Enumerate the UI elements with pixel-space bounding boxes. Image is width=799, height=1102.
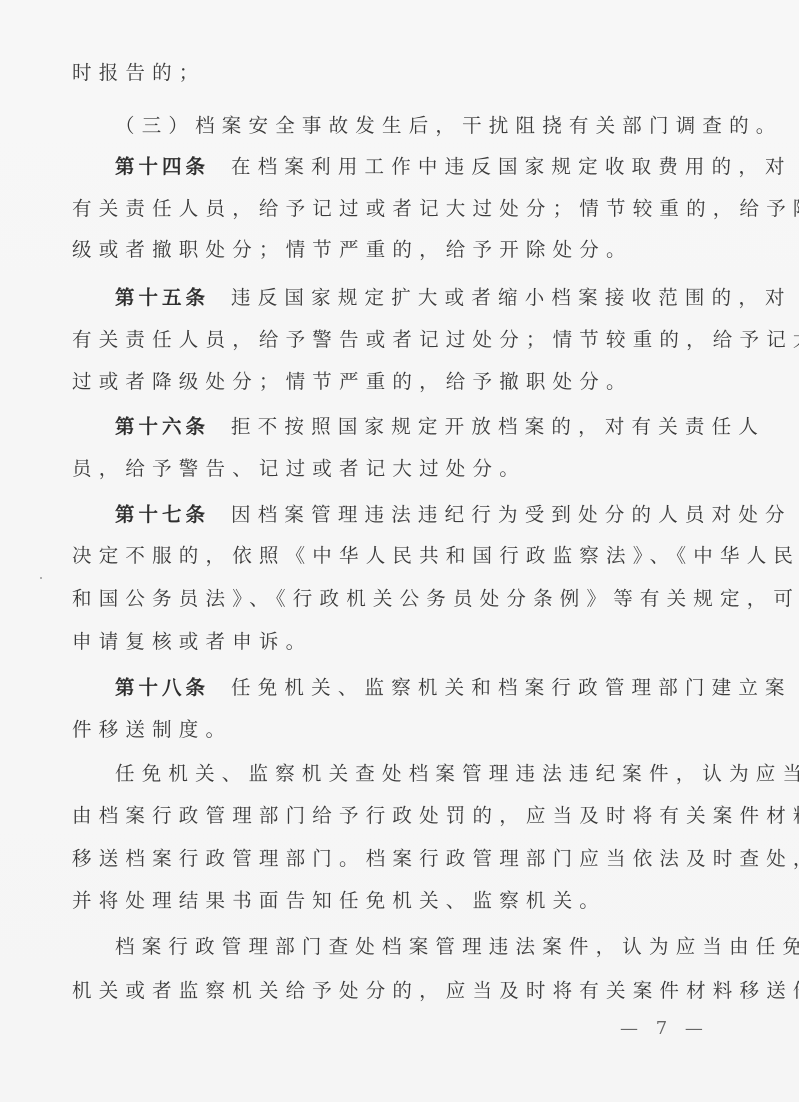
article-number: 第十四条 [115, 155, 209, 178]
text-line: 并将处理结果书面告知任免机关、监察机关。 [72, 886, 732, 916]
line-text: 件移送制度。 [72, 718, 232, 741]
line-text: 移送档案行政管理部门。档案行政管理部门应当依法及时查处， [72, 847, 799, 870]
text-line: 和国公务员法》、《行政机关公务员处分条例》等有关规定，可以 [72, 584, 732, 614]
line-text: 员，给予警告、记过或者记大过处分。 [72, 457, 526, 480]
text-line: （三）档案安全事故发生后，干扰阻挠有关部门调查的。 [115, 111, 732, 141]
text-line: 档案行政管理部门查处档案管理违法案件，认为应当由任免 [115, 932, 732, 962]
article-number: 第十八条 [115, 676, 209, 699]
line-text: 过或者降级处分；情节严重的，给予撤职处分。 [72, 370, 633, 393]
text-line: 员，给予警告、记过或者记大过处分。 [72, 454, 732, 484]
line-text: 时报告的； [72, 61, 206, 84]
text-line: 由档案行政管理部门给予行政处罚的，应当及时将有关案件材料 [72, 801, 732, 831]
text-line: 申请复核或者申诉。 [72, 627, 732, 657]
document-page: 时报告的； （三）档案安全事故发生后，干扰阻挠有关部门调查的。 第十四条在档案利… [0, 0, 799, 1102]
text-line: 任免机关、监察机关查处档案管理违法违纪案件，认为应当 [115, 759, 732, 789]
line-text: 和国公务员法》、《行政机关公务员处分条例》等有关规定，可以 [72, 587, 799, 610]
text-line: 移送档案行政管理部门。档案行政管理部门应当依法及时查处， [72, 844, 732, 874]
text-line: 件移送制度。 [72, 715, 732, 745]
article-17-heading-line: 第十七条因档案管理违法违纪行为受到处分的人员对处分 [115, 500, 732, 530]
line-text: 在档案利用工作中违反国家规定收取费用的，对 [231, 155, 792, 178]
line-text: 申请复核或者申诉。 [72, 630, 312, 653]
text-line: 机关或者监察机关给予处分的，应当及时将有关案件材料移送任 [72, 976, 732, 1006]
scan-speck [40, 577, 42, 579]
line-text: 违反国家规定扩大或者缩小档案接收范围的，对 [231, 286, 792, 309]
line-text: 因档案管理违法违纪行为受到处分的人员对处分 [231, 503, 792, 526]
line-text: 档案行政管理部门查处档案管理违法案件，认为应当由任免 [115, 935, 799, 958]
article-number: 第十七条 [115, 503, 209, 526]
line-text: （三）档案安全事故发生后，干扰阻挠有关部门调查的。 [115, 114, 783, 137]
article-18-heading-line: 第十八条任免机关、监察机关和档案行政管理部门建立案 [115, 673, 732, 703]
page-number: — 7 — [620, 1018, 709, 1039]
line-text: 并将处理结果书面告知任免机关、监察机关。 [72, 889, 606, 912]
text-line: 过或者降级处分；情节严重的，给予撤职处分。 [72, 367, 732, 397]
article-16-heading-line: 第十六条拒不按照国家规定开放档案的，对有关责任人 [115, 412, 732, 442]
article-15-heading-line: 第十五条违反国家规定扩大或者缩小档案接收范围的，对 [115, 283, 732, 313]
line-text: 机关或者监察机关给予处分的，应当及时将有关案件材料移送任 [72, 979, 799, 1002]
line-text: 拒不按照国家规定开放档案的，对有关责任人 [231, 415, 765, 438]
line-text: 任免机关、监察机关查处档案管理违法违纪案件，认为应当 [115, 762, 799, 785]
article-14-heading-line: 第十四条在档案利用工作中违反国家规定收取费用的，对 [115, 152, 732, 182]
line-text: 决定不服的，依照《中华人民共和国行政监察法》、《中华人民共 [72, 544, 799, 567]
line-text: 任免机关、监察机关和档案行政管理部门建立案 [231, 676, 792, 699]
line-text: 由档案行政管理部门给予行政处罚的，应当及时将有关案件材料 [72, 804, 799, 827]
article-number: 第十六条 [115, 415, 209, 438]
text-line: 有关责任人员，给予记过或者记大过处分；情节较重的，给予降 [72, 194, 732, 224]
line-text: 有关责任人员，给予记过或者记大过处分；情节较重的，给予降 [72, 197, 799, 220]
text-line: 决定不服的，依照《中华人民共和国行政监察法》、《中华人民共 [72, 541, 732, 571]
article-number: 第十五条 [115, 286, 209, 309]
text-line: 级或者撤职处分；情节严重的，给予开除处分。 [72, 235, 732, 265]
line-text: 级或者撤职处分；情节严重的，给予开除处分。 [72, 238, 633, 261]
line-text: 有关责任人员，给予警告或者记过处分；情节较重的，给予记大 [72, 328, 799, 351]
text-line: 有关责任人员，给予警告或者记过处分；情节较重的，给予记大 [72, 325, 732, 355]
text-line: 时报告的； [72, 58, 732, 88]
